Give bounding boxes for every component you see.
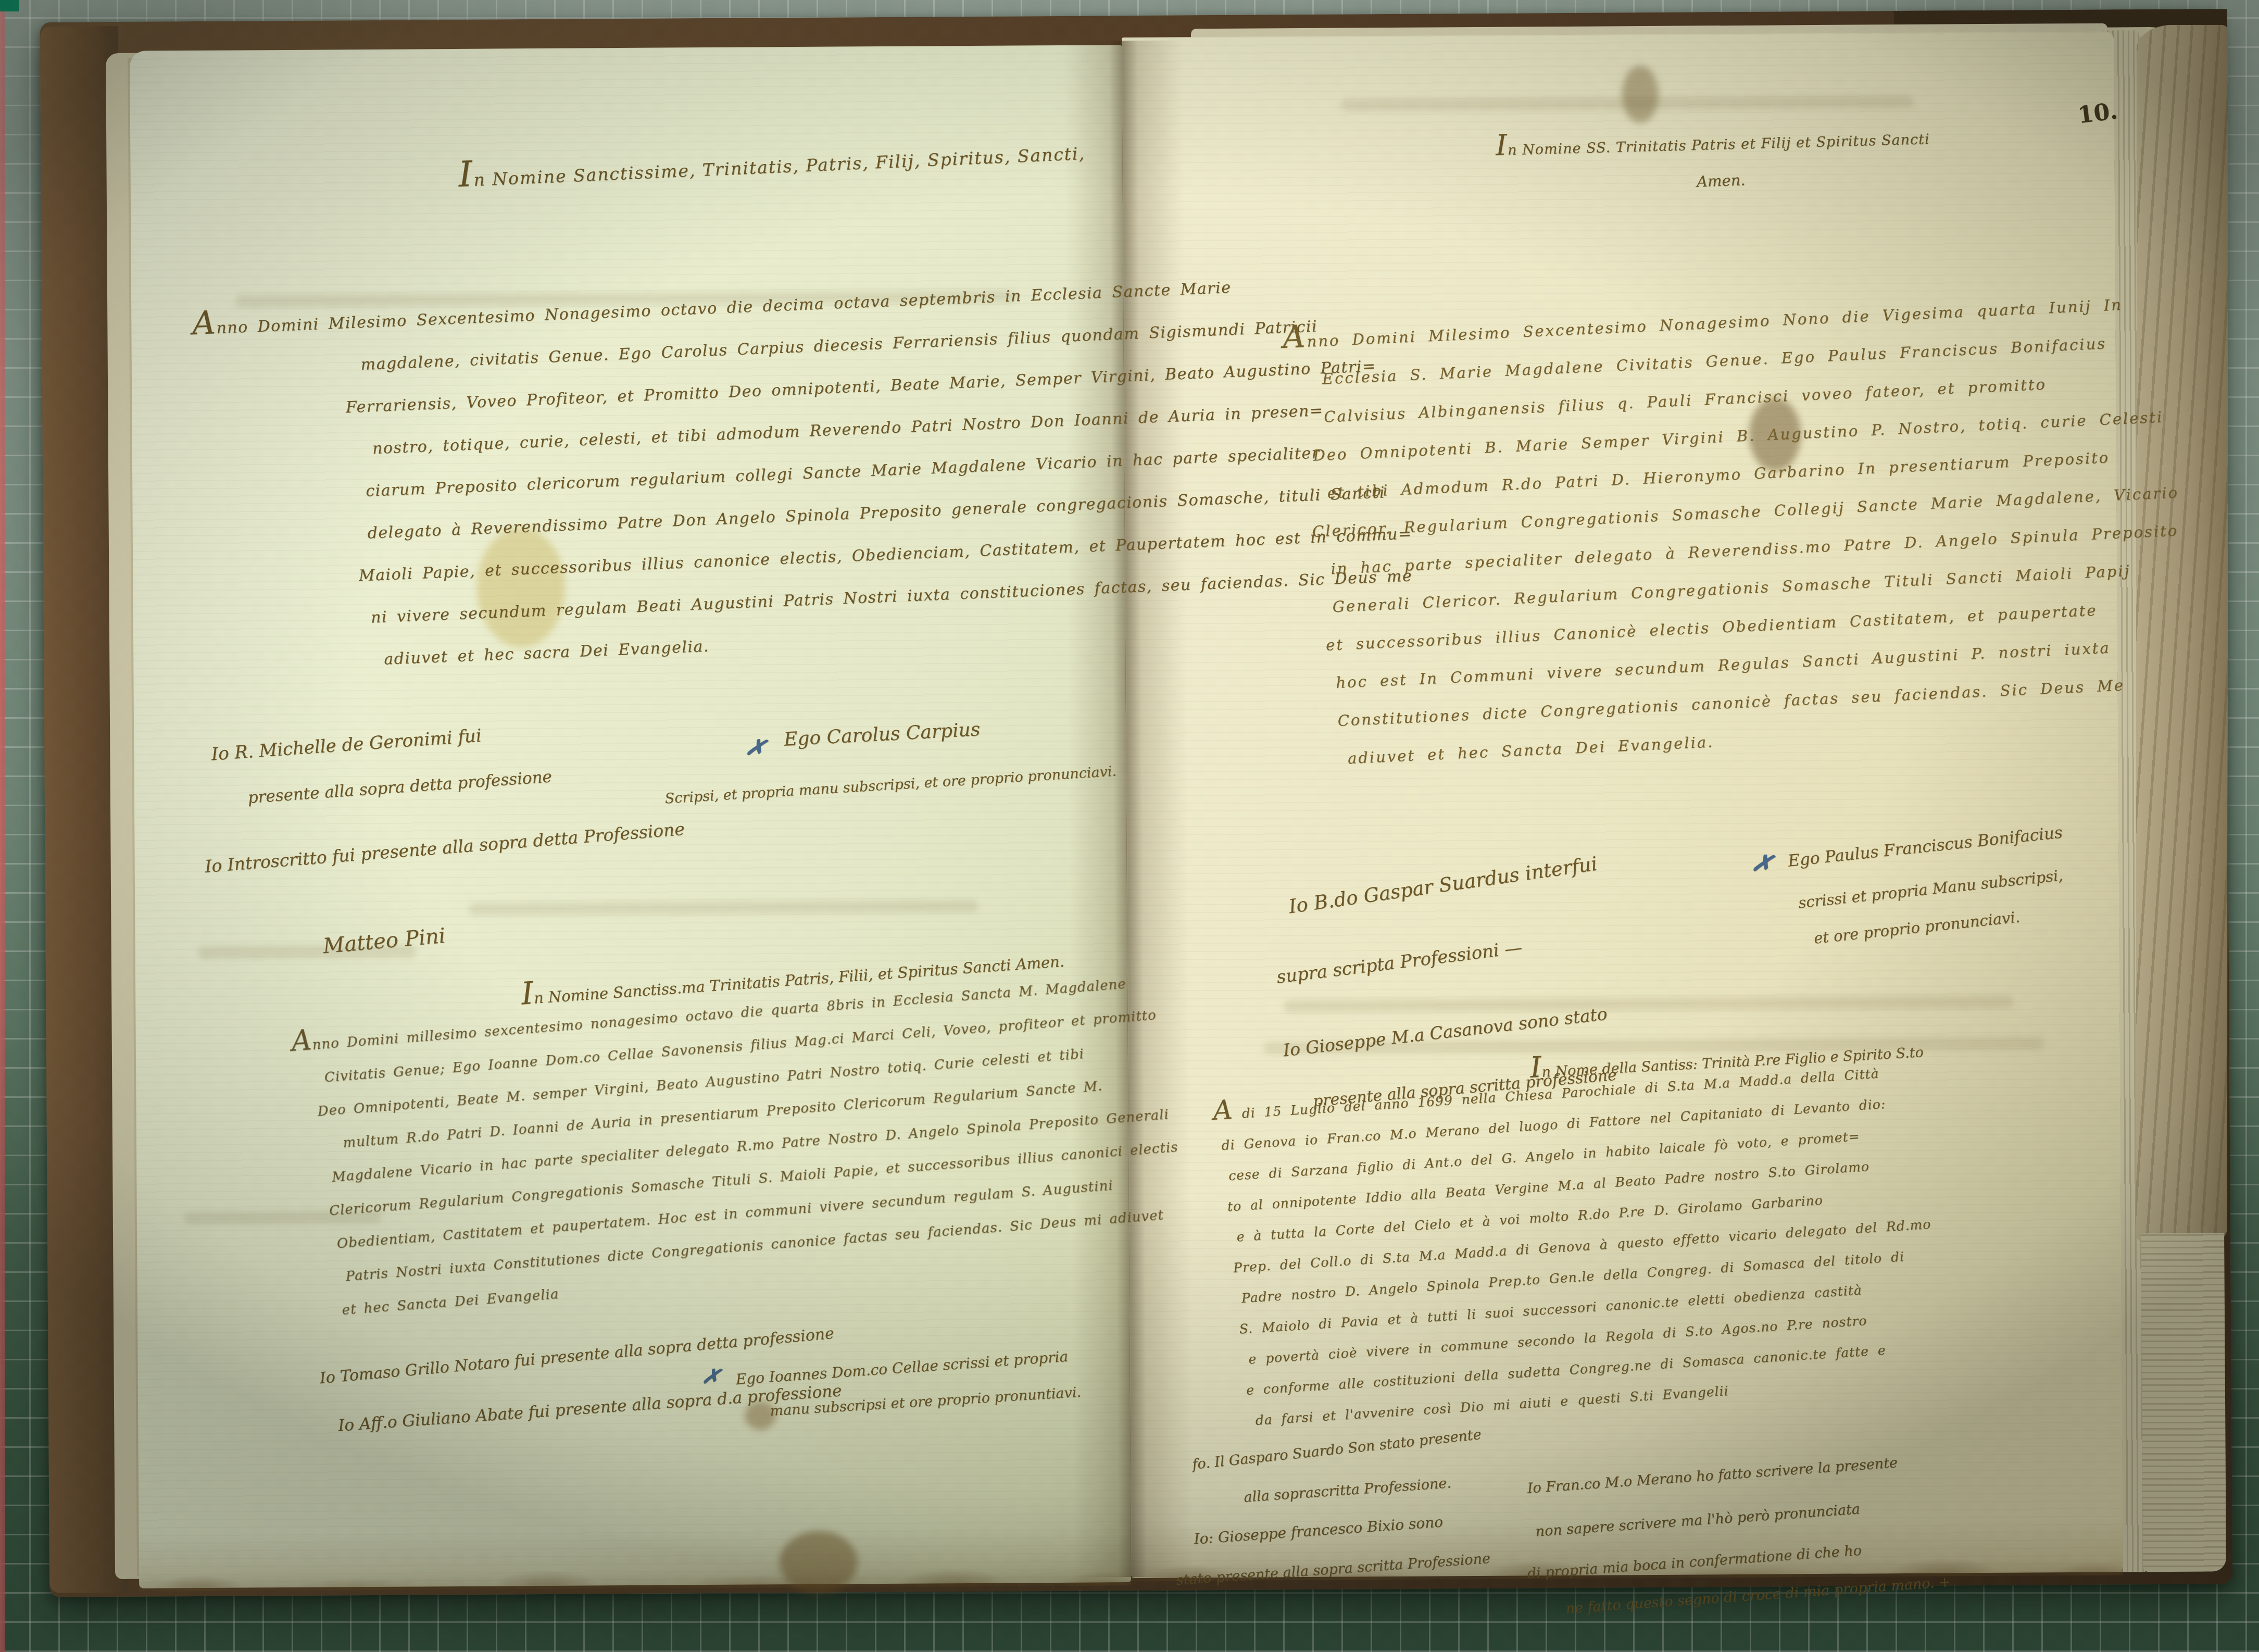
show-through-text <box>1284 996 2013 1013</box>
paper-stain <box>1622 66 1659 123</box>
folio-number: 10. <box>2076 98 2119 129</box>
mat-corner-patch <box>0 0 19 11</box>
show-through-text <box>468 900 978 916</box>
page-edges-stack-lower <box>2141 1233 2226 1572</box>
profession-record-latin-1698: Anno Domini Milesimo Sexcentesimo Nonage… <box>192 260 1416 688</box>
profession-record-latin-1699: Anno Domini Milesimo Sexcentesimo Nonage… <box>1282 284 2190 780</box>
right-page-invocation-amen: Amen. <box>1696 171 1746 190</box>
profession-record-italian-1699: A di 15 Luglio del anno 1699 nella Chies… <box>1212 1055 1942 1437</box>
ink-blot <box>780 1531 858 1594</box>
mat-edge-strip <box>0 0 5 1652</box>
notary-cross-mark: ✗ <box>700 1362 722 1390</box>
manuscript-photograph: In Nomine Sanctissime, Trinitatis, Patri… <box>0 0 2259 1652</box>
singed-bottom-edge <box>139 1528 1132 1592</box>
show-through-text <box>1341 95 1914 111</box>
